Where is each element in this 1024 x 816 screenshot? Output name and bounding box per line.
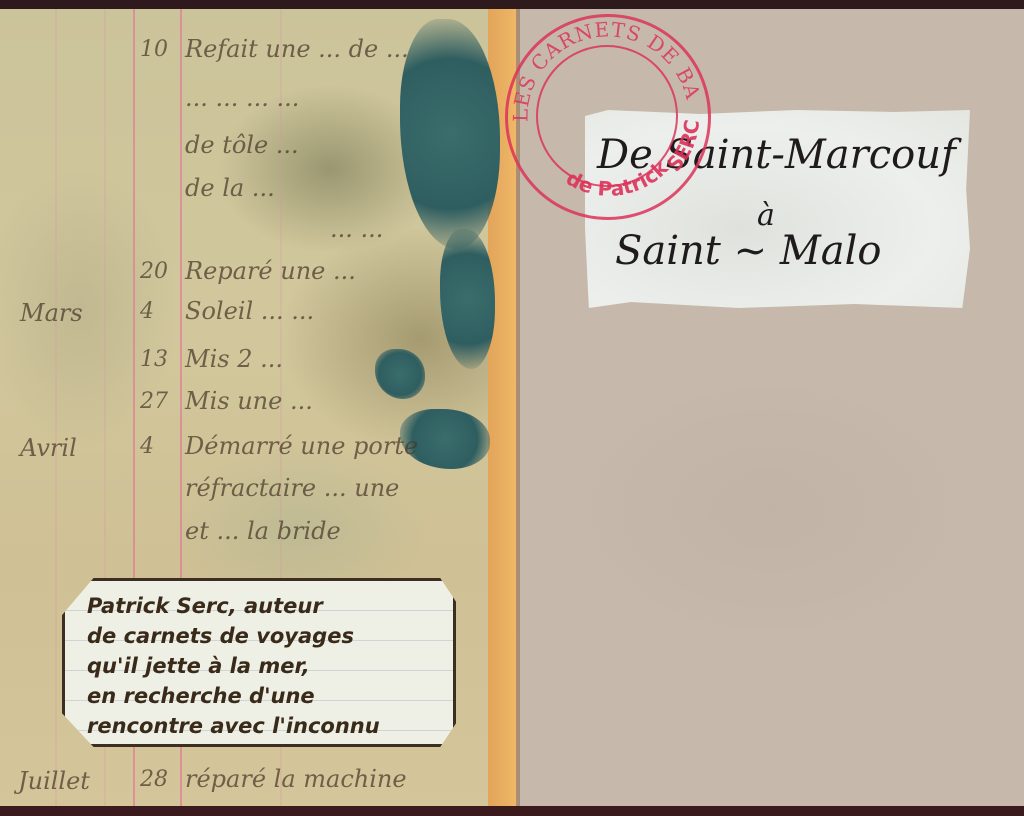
ledger-date: 20 [140, 259, 168, 284]
ledger-text: de tôle ... [185, 131, 299, 159]
ledger-text: de la ... [185, 174, 275, 202]
ledger-text: réfractaire ... une [185, 474, 399, 502]
ledger-month: Avril [20, 434, 77, 462]
red-stamp: LES CARNETS DE BARRE de Patrick SERC [505, 14, 711, 220]
svg-text:LES CARNETS DE BARRE: LES CARNETS DE BARRE [508, 17, 705, 122]
ledger-date: 27 [140, 389, 168, 414]
svg-text:de Patrick: de Patrick [562, 155, 673, 201]
ledger-text: Reparé une ... [185, 257, 356, 285]
margin-rule [55, 9, 57, 806]
label-line: qu'il jette à la mer, [87, 651, 439, 681]
svg-text:SERC: SERC [662, 118, 704, 176]
label-line: rencontre avec l'inconnu [87, 711, 439, 741]
photo-top-border [0, 0, 1024, 9]
label-line: Patrick Serc, auteur [87, 591, 439, 621]
ledger-date: 28 [140, 767, 168, 792]
ledger-text: Mis 2 ... [185, 345, 283, 373]
ledger-text: Démarré une porte [185, 432, 418, 460]
stamp-bottom-text: de Patrick [562, 155, 673, 201]
title-line-3: Saint ~ Malo [615, 228, 882, 274]
stamp-text-ring: LES CARNETS DE BARRE de Patrick SERC [508, 17, 708, 217]
ledger-month: Mars [20, 299, 83, 327]
blue-stain [440, 229, 495, 369]
ledger-text: Mis une ... [185, 387, 313, 415]
label-line: en recherche d'une [87, 681, 439, 711]
ledger-text: ... ... [330, 215, 383, 243]
ledger-date: 13 [140, 347, 168, 372]
ledger-date: 10 [140, 37, 168, 62]
blue-stain [400, 19, 500, 249]
author-label-text: Patrick Serc, auteur de carnets de voyag… [87, 591, 439, 741]
photo-bottom-border [0, 806, 1024, 816]
ledger-text: Soleil ... ... [185, 297, 314, 325]
ledger-text: Refait une ... de ... [185, 35, 409, 63]
ledger-date: 4 [140, 299, 154, 324]
author-label: Patrick Serc, auteur de carnets de voyag… [62, 578, 456, 747]
ledger-text: réparé la machine [185, 765, 407, 793]
stamp-outer-text: LES CARNETS DE BARRE [508, 17, 705, 122]
blue-stain [375, 349, 425, 399]
ledger-date: 4 [140, 434, 154, 459]
label-line: de carnets de voyages [87, 621, 439, 651]
stamp-side-text: SERC [662, 118, 704, 176]
ledger-text: ... ... ... ... [185, 84, 299, 112]
ledger-text: et ... la bride [185, 517, 341, 545]
ledger-month: Juillet [18, 767, 90, 795]
